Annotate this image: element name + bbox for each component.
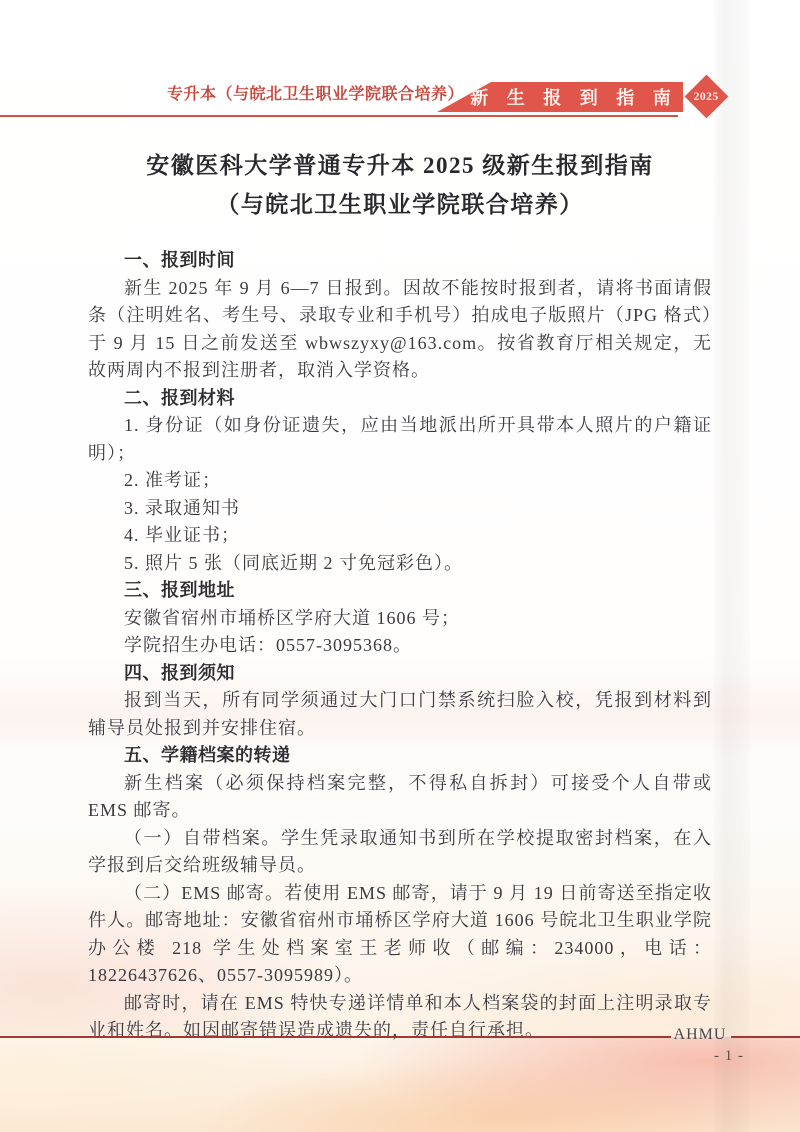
list-item: 2. 准考证； bbox=[88, 467, 712, 495]
section-report-address: 三、报到地址 安徽省宿州市埇桥区学府大道 1606 号； 学院招生办电话：055… bbox=[88, 577, 712, 660]
document-page: 专升本（与皖北卫生职业学院联合培养） 新 生 报 到 指 南 2025 安徽医科… bbox=[0, 0, 800, 1132]
year-badge-text: 2025 bbox=[694, 91, 719, 103]
paragraph: （二）EMS 邮寄。若使用 EMS 邮寄，请于 9 月 19 日前寄送至指定收件… bbox=[88, 880, 712, 990]
header-rule bbox=[0, 115, 678, 117]
section-report-notes: 四、报到须知 报到当天，所有同学须通过大门口门禁系统扫脸入校，凭报到材料到辅导员… bbox=[88, 660, 712, 743]
footer-rule-left bbox=[0, 1036, 671, 1038]
paragraph: 新生 2025 年 9 月 6—7 日报到。因故不能按时报到者，请将书面请假条（… bbox=[88, 275, 712, 385]
list-item: 4. 毕业证书； bbox=[88, 522, 712, 550]
header-banner: 新 生 报 到 指 南 bbox=[437, 82, 683, 112]
section-report-materials: 二、报到材料 1. 身份证（如身份证遗失，应由当地派出所开具带本人照片的户籍证明… bbox=[88, 385, 712, 578]
paragraph: 新生档案（必须保持档案完整，不得私自拆封）可接受个人自带或 EMS 邮寄。 bbox=[88, 770, 712, 825]
paragraph: 报到当天，所有同学须通过大门口门禁系统扫脸入校，凭报到材料到辅导员处报到并安排住… bbox=[88, 687, 712, 742]
banner-title: 新 生 报 到 指 南 bbox=[470, 84, 678, 110]
header-tagline: 专升本（与皖北卫生职业学院联合培养） bbox=[167, 86, 464, 104]
section-report-time: 一、报到时间 新生 2025 年 9 月 6—7 日报到。因故不能按时报到者，请… bbox=[88, 247, 712, 385]
document-title: 安徽医科大学普通专升本 2025 级新生报到指南 （与皖北卫生职业学院联合培养） bbox=[0, 146, 800, 224]
page-number: - 1 - bbox=[699, 1048, 759, 1065]
section-heading: 三、报到地址 bbox=[88, 577, 712, 605]
title-line-1: 安徽医科大学普通专升本 2025 级新生报到指南 bbox=[0, 146, 800, 185]
watercolor-wash-bottom bbox=[0, 1037, 800, 1132]
document-body: 一、报到时间 新生 2025 年 9 月 6—7 日报到。因故不能按时报到者，请… bbox=[0, 247, 800, 1045]
footer-rule-right bbox=[731, 1036, 800, 1038]
list-item: 安徽省宿州市埇桥区学府大道 1606 号； bbox=[88, 605, 712, 633]
section-heading: 五、学籍档案的转递 bbox=[88, 742, 712, 770]
section-heading: 二、报到材料 bbox=[88, 385, 712, 413]
title-line-2: （与皖北卫生职业学院联合培养） bbox=[0, 185, 800, 224]
footer-brand: AHMU bbox=[668, 1026, 732, 1044]
paragraph: （一）自带档案。学生凭录取通知书到所在学校提取密封档案，在入学报到后交给班级辅导… bbox=[88, 825, 712, 880]
list-item: 3. 录取通知书 bbox=[88, 495, 712, 523]
section-heading: 四、报到须知 bbox=[88, 660, 712, 688]
section-archive-transfer: 五、学籍档案的转递 新生档案（必须保持档案完整，不得私自拆封）可接受个人自带或 … bbox=[88, 742, 712, 1045]
list-item: 1. 身份证（如身份证遗失，应由当地派出所开具带本人照片的户籍证明）； bbox=[88, 412, 712, 467]
list-item: 5. 照片 5 张（同底近期 2 寸免冠彩色）。 bbox=[88, 550, 712, 578]
section-heading: 一、报到时间 bbox=[88, 247, 712, 275]
list-item: 学院招生办电话：0557-3095368。 bbox=[88, 632, 712, 660]
